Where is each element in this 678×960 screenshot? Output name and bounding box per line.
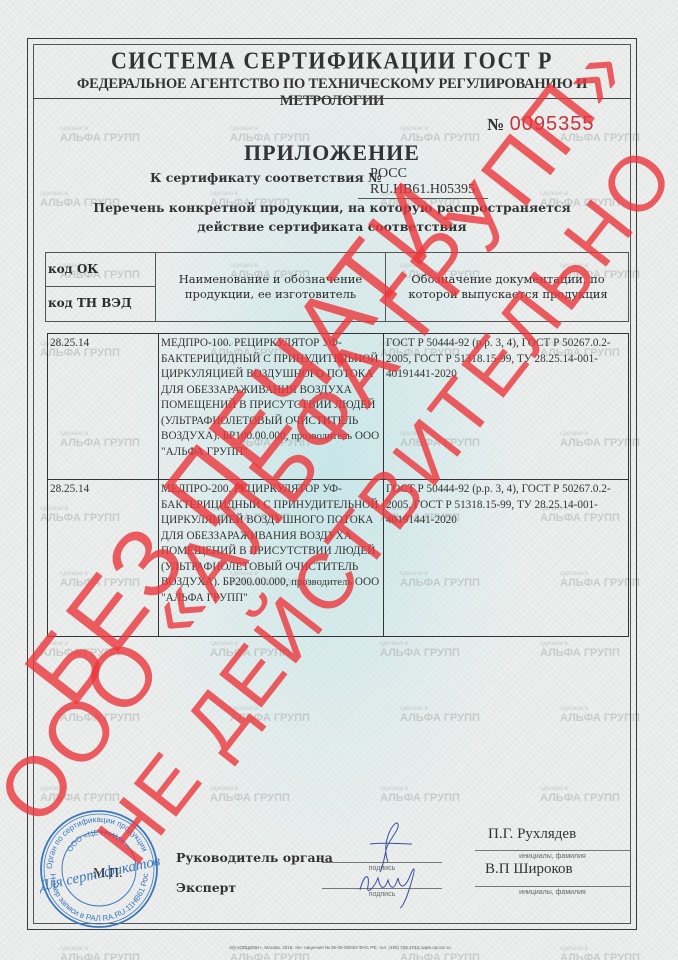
product-name: МЕДПРО-100. РЕЦИРКУЛЯТОР УФ-БАКТЕРИЦИДНЫ…: [159, 334, 384, 480]
certificate-number: РОСС RU.НВ61.Н05395: [358, 166, 488, 199]
seal-place-label: М.П.: [93, 866, 123, 882]
product-docs: ГОСТ Р 50444-92 (р.р. 3, 4), ГОСТ Р 5026…: [384, 334, 629, 480]
agency-name: ФЕДЕРАЛЬНОЕ АГЕНТСТВО ПО ТЕХНИЧЕСКОМУ РЕ…: [33, 76, 631, 110]
list-title-line2: действие сертификата соответствия: [33, 217, 631, 236]
table-row: 28.25.14 МЕДПРО-200. РЕЦИРКУЛЯТОР УФ-БАК…: [48, 480, 629, 637]
expert-name: В.П Широков: [485, 861, 573, 878]
head-of-body-label: Руководитель органа: [176, 850, 333, 865]
printer-footer: АО «ОПЦИОН», Москва, 2018, «Б» лицензия …: [170, 945, 510, 950]
serial-number: № 0095355: [487, 113, 595, 136]
serial-value: 0095355: [510, 113, 595, 135]
products-table: 28.25.14 МЕДПРО-100. РЕЦИРКУЛЯТОР УФ-БАК…: [47, 333, 629, 637]
code-ok-label: код ОК: [46, 253, 155, 287]
product-list-title: Перечень конкретной продукции, на котору…: [33, 198, 631, 236]
product-description: МЕДПРО-100. РЕЦИРКУЛЯТОР УФ-БАКТЕРИЦИДНЫ…: [161, 337, 378, 442]
docs-column-header: Обозначение документации, по которой вып…: [386, 253, 630, 321]
appendix-title: ПРИЛОЖЕНИЕ: [33, 140, 631, 166]
code-column-header: код ОК код ТН ВЭД: [46, 253, 156, 321]
head-name: П.Г. Рухлядев: [488, 826, 576, 843]
header-divider: [33, 98, 631, 99]
certificate-label: К сертификату соответствия №: [150, 170, 382, 185]
expert-name-caption: инициалы, фамилия: [475, 889, 630, 896]
code-tn-label: код ТН ВЭД: [46, 287, 155, 319]
product-name: МЕДПРО-200. РЕЦИРКУЛЯТОР УФ-БАКТЕРИЦИДНЫ…: [159, 480, 384, 637]
product-description: МЕДПРО-200. РЕЦИРКУЛЯТОР УФ-БАКТЕРИЦИДНЫ…: [161, 483, 378, 588]
name-column-header: Наименование и обозначение продукции, ее…: [156, 253, 386, 321]
product-code: 28.25.14: [48, 334, 159, 480]
head-name-line: [475, 850, 630, 851]
svg-text:ООО «ЦЕТРИМ»: ООО «ЦЕТРИМ»: [65, 828, 126, 854]
system-title: СИСТЕМА СЕРТИФИКАЦИИ ГОСТ Р: [33, 47, 631, 75]
expert-name-line: [475, 886, 630, 887]
table-header: код ОК код ТН ВЭД Наименование и обознач…: [45, 252, 629, 322]
expert-label: Эксперт: [176, 880, 236, 895]
table-row: 28.25.14 МЕДПРО-100. РЕЦИРКУЛЯТОР УФ-БАК…: [48, 334, 629, 480]
serial-prefix: №: [487, 115, 504, 134]
product-docs: ГОСТ Р 50444-92 (р.р. 3, 4), ГОСТ Р 5026…: [384, 480, 629, 637]
manufacturer-label: прозводитель: [291, 431, 352, 442]
manufacturer-label: прозводитель: [291, 577, 352, 588]
signature-scribbles: [340, 810, 450, 910]
head-signature-icon: [370, 823, 412, 872]
list-title-line1: Перечень конкретной продукции, на котору…: [33, 198, 631, 217]
expert-signature-icon: [360, 869, 414, 908]
head-name-caption: инициалы, фамилия: [475, 853, 630, 860]
product-code: 28.25.14: [48, 480, 159, 637]
